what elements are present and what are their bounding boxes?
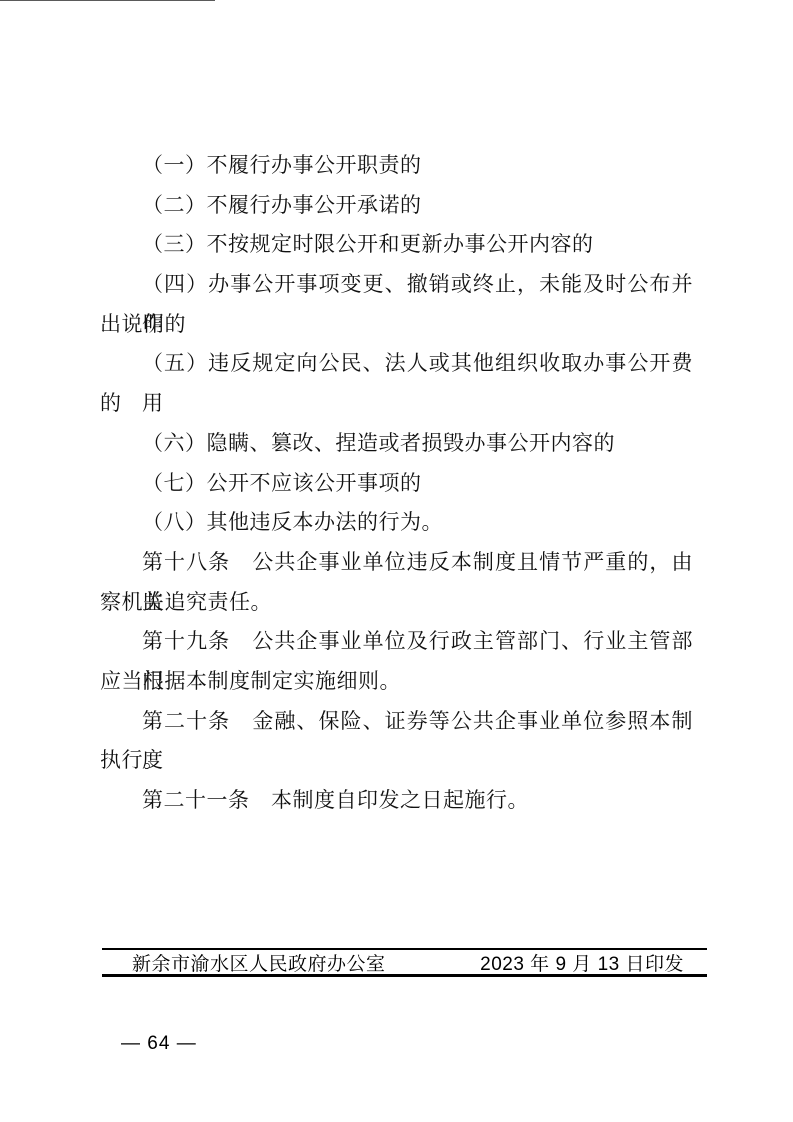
body-line: 第十八条 公共企事业单位违反本制度且情节严重的，由监 <box>100 543 693 583</box>
colophon-footer: 新余市渝水区人民政府办公室 2023 年 9 月 13 日印发 <box>102 948 707 977</box>
body-line: （八）其他违反本办法的行为。 <box>100 503 693 543</box>
body-line: （七）公开不应该公开事项的 <box>100 464 693 504</box>
body-line: 第十九条 公共企事业单位及行政主管部门、行业主管部门 <box>100 622 693 662</box>
page-number: — 64 — <box>121 1033 197 1055</box>
body-line: 第二十条 金融、保险、证券等公共企事业单位参照本制度 <box>100 702 693 742</box>
body-line: （五）违反规定向公民、法人或其他组织收取办事公开费用 <box>100 344 693 384</box>
body-line: 第二十一条 本制度自印发之日起施行。 <box>100 781 693 821</box>
body-line: 执行。 <box>100 741 693 781</box>
document-page: （一）不履行办事公开职责的 （二）不履行办事公开承诺的 （三）不按规定时限公开和… <box>0 0 793 1122</box>
body-line: （六）隐瞒、篡改、捏造或者损毁办事公开内容的 <box>100 424 693 464</box>
body-line: （二）不履行办事公开承诺的 <box>100 186 693 226</box>
body-line: （一）不履行办事公开职责的 <box>100 146 693 186</box>
issuing-office: 新余市渝水区人民政府办公室 <box>132 949 386 976</box>
body-line: （四）办事公开事项变更、撤销或终止，未能及时公布并作 <box>100 265 693 305</box>
body-line: 察机关追究责任。 <box>100 583 693 623</box>
body-line: 的 <box>100 384 693 424</box>
document-body: （一）不履行办事公开职责的 （二）不履行办事公开承诺的 （三）不按规定时限公开和… <box>100 146 693 821</box>
scan-edge-artifact <box>0 0 215 1</box>
body-line: （三）不按规定时限公开和更新办事公开内容的 <box>100 225 693 265</box>
print-date: 2023 年 9 月 13 日印发 <box>480 949 684 976</box>
body-line: 出说明的 <box>100 305 693 345</box>
body-line: 应当根据本制度制定实施细则。 <box>100 662 693 702</box>
